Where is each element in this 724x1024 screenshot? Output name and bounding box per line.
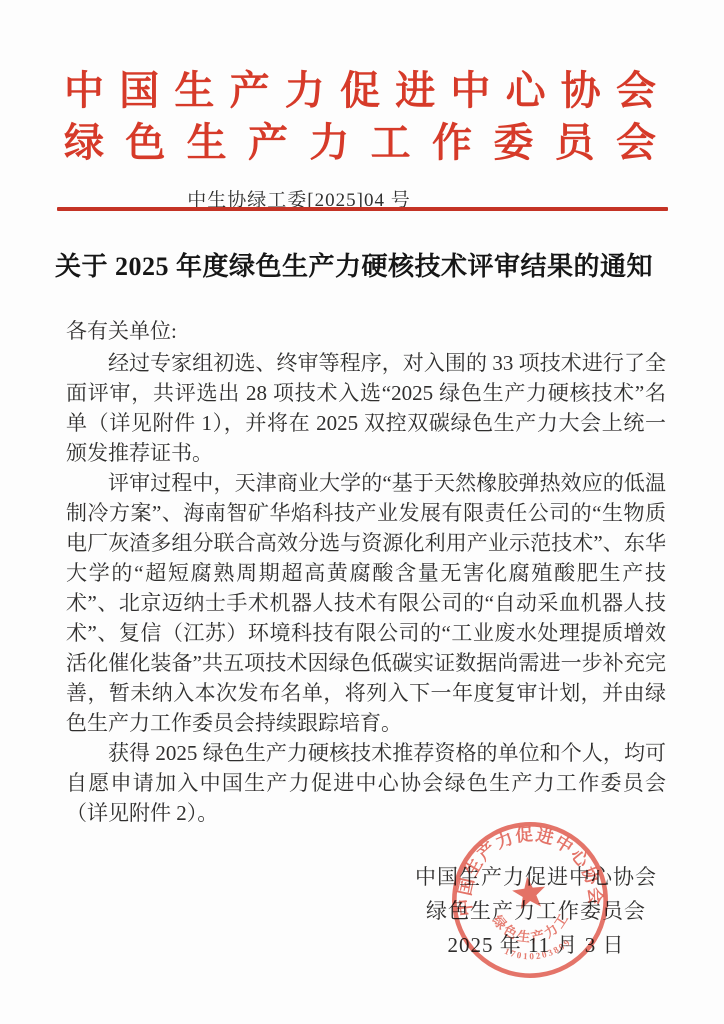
signature-block: 中国生产力促进中心协会 绿色生产力工作委员会 2025 年 11 月 3 日 — [406, 860, 666, 962]
notice-title: 关于 2025 年度绿色生产力硬核技术评审结果的通知 — [40, 246, 668, 283]
red-divider-line — [57, 207, 668, 211]
letterhead-org-line2: 绿色生产力工作委员会 — [64, 120, 656, 166]
salutation: 各有关单位: — [66, 316, 666, 346]
signature-org-line1: 中国生产力促进中心协会 — [406, 860, 666, 894]
paragraph-pending-technologies: 评审过程中，天津商业大学的“基于天然橡胶弹热效应的低温制冷方案”、海南智矿华焰科… — [66, 468, 666, 738]
paragraph-review-result: 经过专家组初选、终审等程序，对入围的 33 项技术进行了全面评审，共评选出 28… — [66, 348, 666, 468]
paragraph-membership-invitation: 获得 2025 绿色生产力硬核技术推荐资格的单位和个人，均可自愿申请加入中国生产… — [66, 738, 666, 828]
signature-org-line2: 绿色生产力工作委员会 — [406, 894, 666, 928]
signature-date: 2025 年 11 月 3 日 — [406, 928, 666, 962]
letterhead-org-line1: 中国生产力促进中心协会 — [64, 68, 656, 114]
document-page: 中国生产力促进中心协会 绿色生产力工作委员会 中生协绿工委[2025]04 号 … — [0, 0, 724, 1024]
notice-body: 各有关单位: 经过专家组初选、终审等程序，对入围的 33 项技术进行了全面评审，… — [66, 316, 666, 828]
